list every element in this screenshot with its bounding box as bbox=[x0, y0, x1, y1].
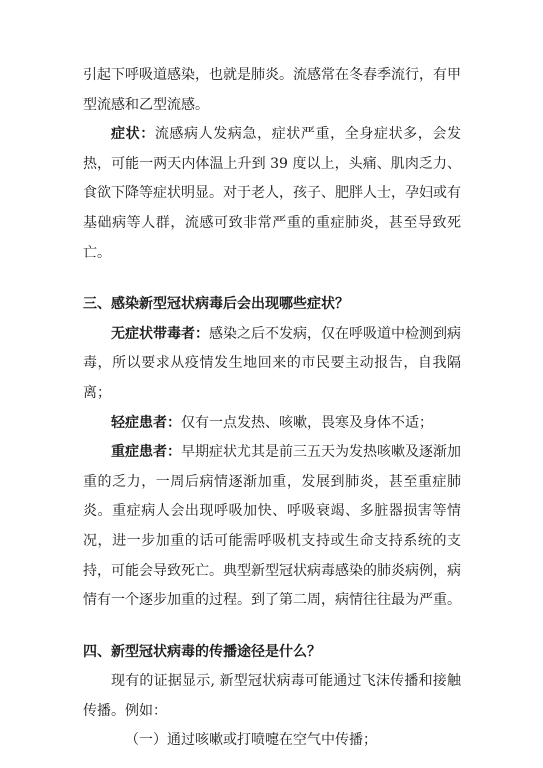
paragraph-transmission-item-1: （一）通过咳嗽或打喷嚏在空气中传播； bbox=[83, 726, 461, 756]
text-severe: 早期症状尤其是前三五天为发热咳嗽及逐渐加重的乏力，一周后病情逐渐加重，发展到肺炎… bbox=[83, 444, 461, 608]
paragraph-transmission: 现有的证据显示, 新型冠状病毒可能通过飞沫传播和接触传播。例如： bbox=[83, 667, 461, 726]
label-mild: 轻症患者： bbox=[111, 415, 181, 431]
text-symptoms: 流感病人发病急，症状严重，全身症状多，会发热，可能一两天内体温上升到 39 度以… bbox=[83, 126, 461, 260]
paragraph-flu-intro: 引起下呼吸道感染，也就是肺炎。流感常在冬春季流行，有甲型流感和乙型流感。 bbox=[83, 61, 461, 120]
text-mild: 仅有一点发热、咳嗽，畏寒及身体不适； bbox=[181, 415, 433, 431]
document-page: 引起下呼吸道感染，也就是肺炎。流感常在冬春季流行，有甲型流感和乙型流感。 症状：… bbox=[0, 0, 543, 768]
label-severe: 重症患者： bbox=[111, 444, 181, 460]
paragraph-flu-symptoms: 症状：流感病人发病急，症状严重，全身症状多，会发热，可能一两天内体温上升到 39… bbox=[83, 120, 461, 268]
label-asymptomatic: 无症状带毒者： bbox=[111, 326, 209, 342]
paragraph-asymptomatic: 无症状带毒者：感染之后不发病，仅在呼吸道中检测到病毒，所以要求从疫情发生地回来的… bbox=[83, 320, 461, 409]
document-body: 引起下呼吸道感染，也就是肺炎。流感常在冬春季流行，有甲型流感和乙型流感。 症状：… bbox=[83, 61, 461, 756]
paragraph-mild: 轻症患者：仅有一点发热、咳嗽，畏寒及身体不适； bbox=[83, 409, 461, 439]
paragraph-severe: 重症患者：早期症状尤其是前三五天为发热咳嗽及逐渐加重的乏力，一周后病情逐渐加重，… bbox=[83, 438, 461, 616]
section-4-heading: 四、新型冠状病毒的传播途径是什么？ bbox=[83, 638, 461, 668]
section-3-heading: 三、感染新型冠状病毒后会出现哪些症状？ bbox=[83, 290, 461, 320]
label-symptoms: 症状： bbox=[111, 126, 155, 142]
